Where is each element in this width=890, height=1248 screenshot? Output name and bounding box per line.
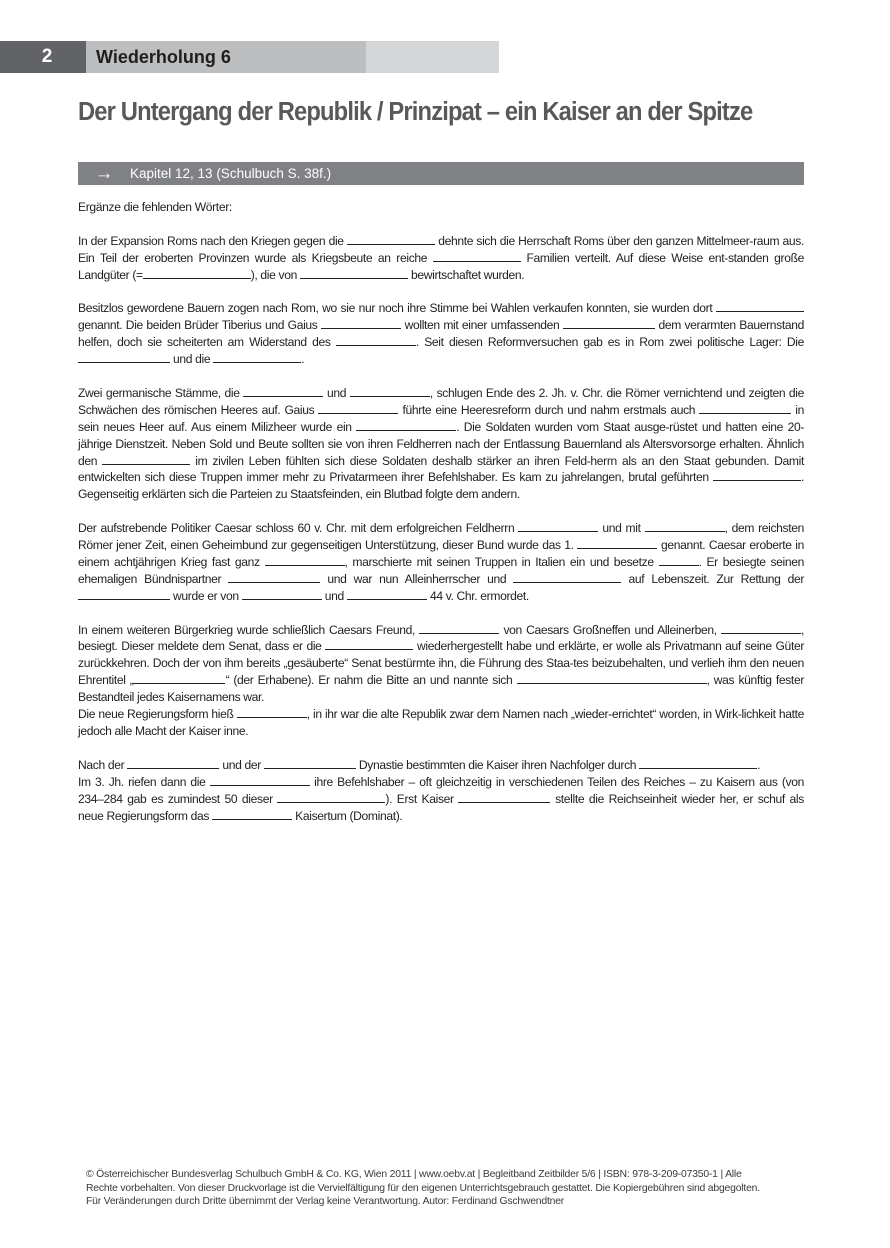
- text: .: [301, 352, 304, 366]
- blank-field[interactable]: [127, 757, 219, 769]
- blank-field[interactable]: [350, 385, 430, 397]
- text: Kaisertum (Dominat).: [295, 809, 402, 823]
- blank-field[interactable]: [577, 537, 657, 549]
- blank-field[interactable]: [433, 250, 521, 262]
- text: von Caesars Großneffen und Alleinerben,: [503, 623, 716, 637]
- worksheet-content: Ergänze die fehlenden Wörter: In der Exp…: [78, 199, 804, 841]
- text: wurde er von: [173, 589, 239, 603]
- paragraph-caesar: Der aufstrebende Politiker Caesar schlos…: [78, 520, 804, 605]
- blank-field[interactable]: [356, 419, 456, 431]
- text: und: [327, 386, 346, 400]
- paragraph-emperors: Nach der und der Dynastie bestimmten die…: [78, 757, 804, 825]
- blank-field[interactable]: [78, 588, 170, 600]
- blank-field[interactable]: [243, 385, 323, 397]
- text: und mit: [602, 521, 640, 535]
- text: .: [757, 758, 760, 772]
- blank-field[interactable]: [265, 554, 345, 566]
- text: Im 3. Jh. riefen dann die: [78, 775, 205, 789]
- text: Die neue Regierungsform hieß: [78, 707, 234, 721]
- blank-field[interactable]: [721, 622, 801, 634]
- blank-field[interactable]: [513, 571, 621, 583]
- footer-line: Rechte vorbehalten. Von dieser Druckvorl…: [86, 1182, 806, 1196]
- blank-field[interactable]: [300, 267, 408, 279]
- text: und der: [222, 758, 261, 772]
- blank-field[interactable]: [213, 351, 301, 363]
- blank-field[interactable]: [212, 808, 292, 820]
- header-decoration: [366, 41, 499, 73]
- blank-field[interactable]: [645, 520, 725, 532]
- text: , marschierte mit seinen Truppen in Ital…: [345, 555, 654, 569]
- chapter-bar: → Kapitel 12, 13 (Schulbuch S. 38f.): [78, 162, 804, 185]
- text: . Seit diesen Reformversuchen gab es in …: [416, 335, 804, 349]
- blank-field[interactable]: [318, 402, 398, 414]
- text: Nach der: [78, 758, 124, 772]
- chapter-label: Kapitel 12, 13 (Schulbuch S. 38f.): [130, 166, 331, 181]
- text: bewirtschaftet wurden.: [411, 268, 524, 282]
- paragraph-reforms: Besitzlos gewordene Bauern zogen nach Ro…: [78, 300, 804, 368]
- paragraph-expansion: In der Expansion Roms nach den Kriegen g…: [78, 233, 804, 284]
- blank-field[interactable]: [143, 267, 251, 279]
- text: führte eine Heeresreform durch und nahm …: [402, 403, 695, 417]
- blank-field[interactable]: [659, 554, 699, 566]
- blank-field[interactable]: [325, 638, 413, 650]
- header-band: 2 Wiederholung 6: [0, 41, 499, 73]
- text: Zwei germanische Stämme, die: [78, 386, 240, 400]
- blank-field[interactable]: [133, 672, 225, 684]
- blank-field[interactable]: [237, 706, 307, 718]
- page-number: 2: [0, 41, 86, 73]
- text: Der aufstrebende Politiker Caesar schlos…: [78, 521, 514, 535]
- blank-field[interactable]: [716, 300, 804, 312]
- blank-field[interactable]: [347, 588, 427, 600]
- blank-field[interactable]: [419, 622, 499, 634]
- text: “ (der Erhabene). Er nahm die Bitte an u…: [225, 673, 512, 687]
- blank-field[interactable]: [321, 317, 401, 329]
- blank-field[interactable]: [242, 588, 322, 600]
- paragraph-army: Zwei germanische Stämme, die und , schlu…: [78, 385, 804, 503]
- section-label: Wiederholung 6: [86, 41, 366, 73]
- blank-field[interactable]: [78, 351, 170, 363]
- blank-field[interactable]: [517, 672, 707, 684]
- page-title: Der Untergang der Republik / Prinzipat –…: [78, 98, 752, 127]
- blank-field[interactable]: [713, 469, 801, 481]
- blank-field[interactable]: [277, 791, 385, 803]
- text: und: [325, 589, 344, 603]
- text: In einem weiteren Bürgerkrieg wurde schl…: [78, 623, 415, 637]
- text: Dynastie bestimmten die Kaiser ihren Nac…: [359, 758, 636, 772]
- blank-field[interactable]: [102, 453, 190, 465]
- text: auf Lebenszeit. Zur Rettung der: [629, 572, 805, 586]
- text: und war nun Alleinherrscher und: [327, 572, 506, 586]
- blank-field[interactable]: [458, 791, 550, 803]
- blank-field[interactable]: [699, 402, 791, 414]
- copyright-footer: © Österreichischer Bundesverlag Schulbuc…: [86, 1168, 806, 1209]
- blank-field[interactable]: [518, 520, 598, 532]
- blank-field[interactable]: [347, 233, 435, 245]
- blank-field[interactable]: [210, 774, 310, 786]
- text: genannt. Die beiden Brüder Tiberius und …: [78, 318, 318, 332]
- instruction: Ergänze die fehlenden Wörter:: [78, 199, 804, 216]
- blank-field[interactable]: [336, 334, 416, 346]
- blank-field[interactable]: [264, 757, 356, 769]
- footer-line: Für Veränderungen durch Dritte übernimmt…: [86, 1195, 806, 1209]
- text: und die: [173, 352, 210, 366]
- text: wollten mit einer umfassenden: [405, 318, 560, 332]
- blank-field[interactable]: [563, 317, 655, 329]
- text: ), die von: [251, 268, 297, 282]
- footer-line: © Österreichischer Bundesverlag Schulbuc…: [86, 1168, 806, 1182]
- paragraph-augustus: In einem weiteren Bürgerkrieg wurde schl…: [78, 622, 804, 740]
- blank-field[interactable]: [228, 571, 320, 583]
- text: 44 v. Chr. ermordet.: [430, 589, 529, 603]
- blank-field[interactable]: [639, 757, 757, 769]
- text: In der Expansion Roms nach den Kriegen g…: [78, 234, 344, 248]
- arrow-right-icon: →: [78, 164, 130, 183]
- text: ). Erst Kaiser: [385, 792, 453, 806]
- text: Besitzlos gewordene Bauern zogen nach Ro…: [78, 301, 712, 315]
